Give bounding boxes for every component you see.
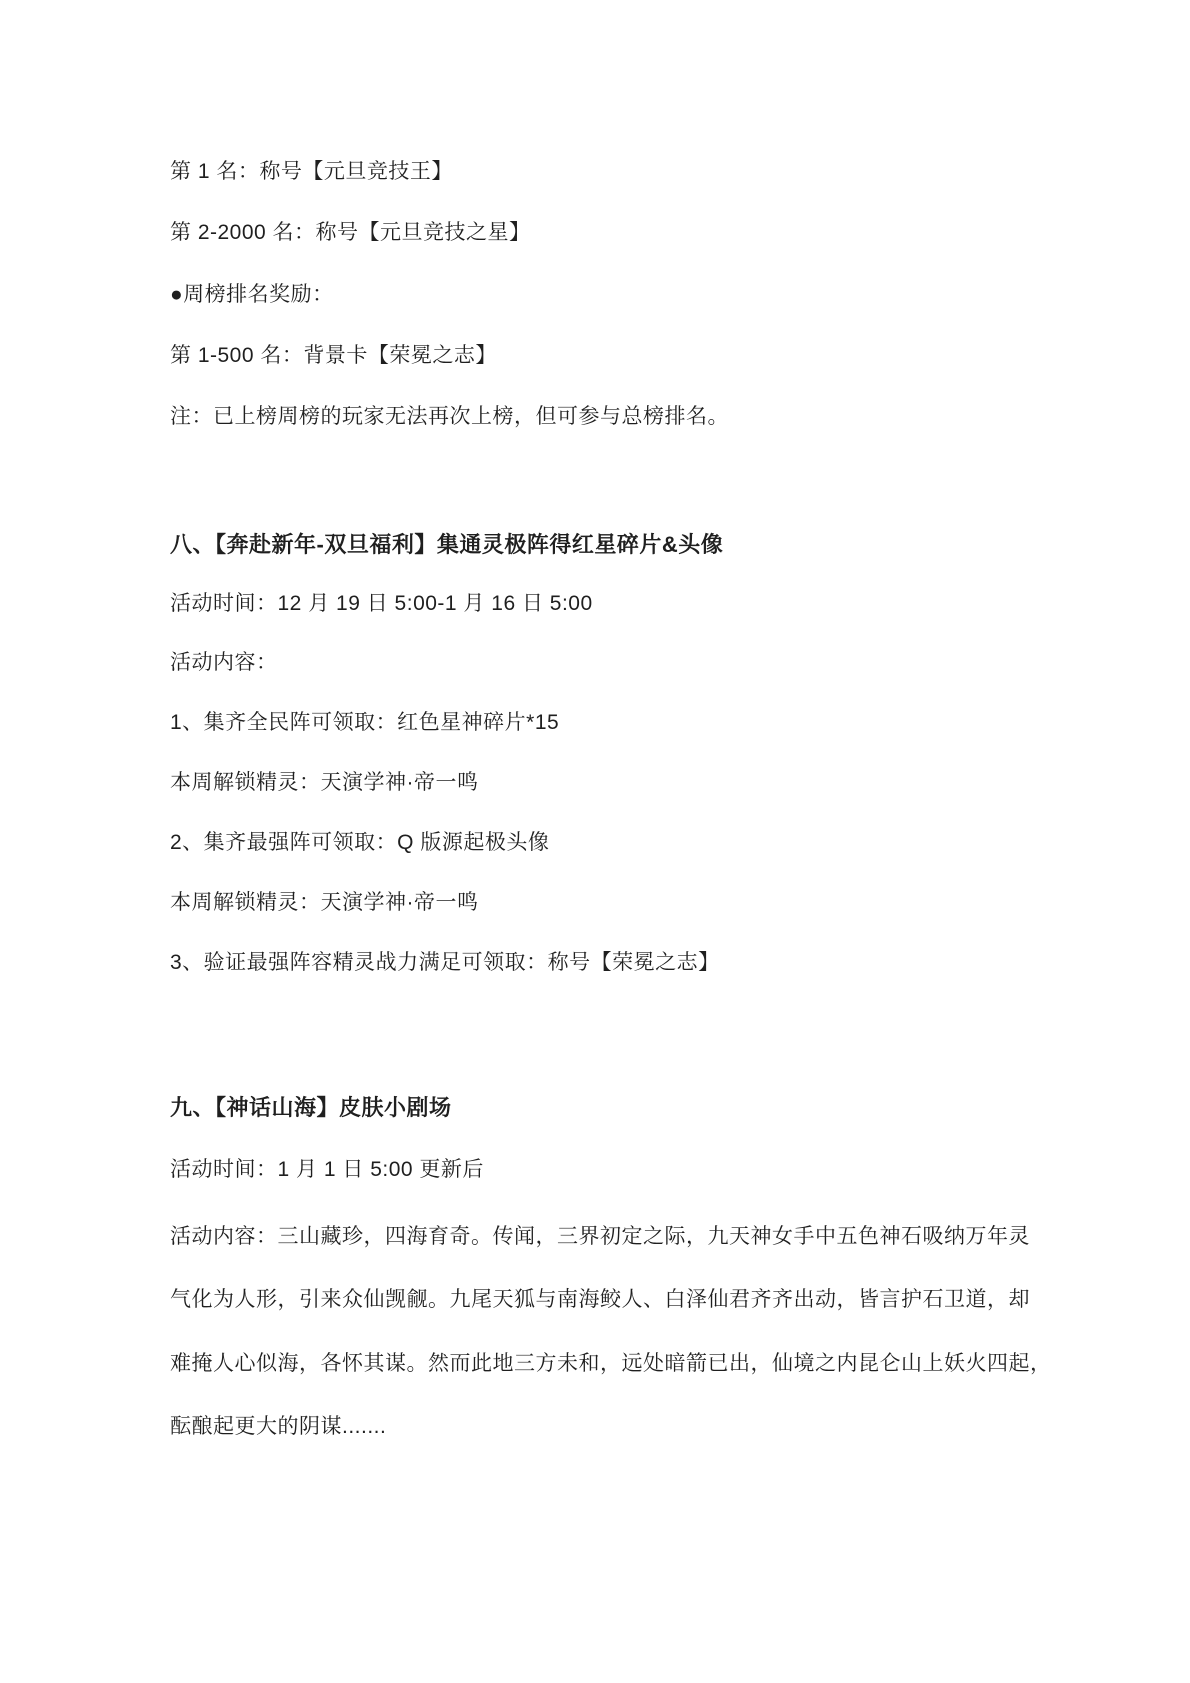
section-9-content-line-2: 气化为人形，引来众仙觊觎。九尾天狐与南海鲛人、白泽仙君齐齐出动，皆言护石卫道，却 — [170, 1285, 1030, 1315]
total-rank-2-2000-line: 第 2-2000 名：称号【元旦竞技之星】 — [170, 218, 531, 248]
section-9-title: 九、【神话山海】皮肤小剧场 — [170, 1093, 452, 1123]
section-8-unlock-1: 本周解锁精灵：天演学神·帝一鸣 — [170, 768, 479, 798]
section-9-content-line-4: 酝酿起更大的阴谋....... — [170, 1412, 386, 1442]
section-9-time: 活动时间：1 月 1 日 5:00 更新后 — [170, 1155, 484, 1185]
section-8-item-2: 2、集齐最强阵可领取：Q 版源起极头像 — [170, 828, 549, 858]
section-8-unlock-2: 本周解锁精灵：天演学神·帝一鸣 — [170, 888, 479, 918]
section-9-content-line-1: 活动内容：三山藏珍，四海育奇。传闻，三界初定之际，九天神女手中五色神石吸纳万年灵 — [170, 1222, 1030, 1252]
section-9-content-line-3: 难掩人心似海，各怀其谋。然而此地三方未和，远处暗箭已出，仙境之内昆仑山上妖火四起… — [170, 1349, 1052, 1379]
section-8-content-label: 活动内容： — [170, 648, 278, 678]
total-rank-1-line: 第 1 名：称号【元旦竞技王】 — [170, 157, 453, 187]
section-8-time: 活动时间：12 月 19 日 5:00-1 月 16 日 5:00 — [170, 589, 593, 619]
rank-note-line: 注：已上榜周榜的玩家无法再次上榜，但可参与总榜排名。 — [170, 402, 729, 432]
weekly-rank-1-500-line: 第 1-500 名：背景卡【荣冕之志】 — [170, 341, 497, 371]
document-page: 第 1 名：称号【元旦竞技王】 第 2-2000 名：称号【元旦竞技之星】 ●周… — [0, 0, 1190, 1683]
weekly-rank-header: ●周榜排名奖励： — [170, 280, 334, 310]
section-8-title: 八、【奔赴新年-双旦福利】集通灵极阵得红星碎片&头像 — [170, 530, 723, 560]
section-8-item-3: 3、验证最强阵容精灵战力满足可领取：称号【荣冕之志】 — [170, 948, 720, 978]
section-8-item-1: 1、集齐全民阵可领取：红色星神碎片*15 — [170, 708, 559, 738]
